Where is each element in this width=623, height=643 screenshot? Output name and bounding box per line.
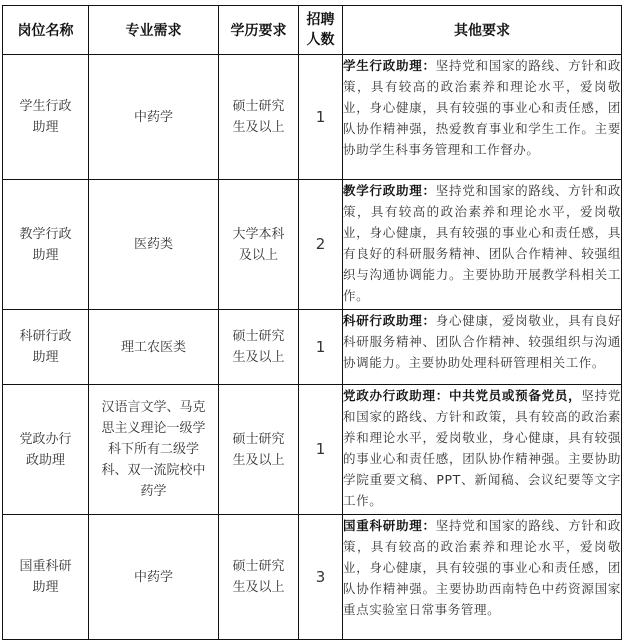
cell-count: 3: [299, 515, 343, 640]
table-row: 党政办行政助理 汉语言文学、马克思主义理论一级学科下所有二级学科、双一流院校中药…: [3, 385, 622, 515]
other-text: 坚持党和国家的路线、方针和政策，具有较高的政治素养和理论水平，爱岗敬业，身心健康…: [343, 388, 621, 508]
header-count: 招聘人数: [299, 6, 343, 55]
header-position: 岗位名称: [3, 6, 89, 55]
cell-other: 国重科研助理：坚持党和国家的路线、方针和政策，具有较高的政治素养和理论水平，爱岗…: [343, 515, 622, 640]
cell-other: 教学行政助理：坚持党和国家的路线、方针和政策，具有较高的政治素养和理论水平，爱岗…: [343, 180, 622, 310]
other-title: 学生行政助理：: [343, 58, 436, 73]
cell-count: 1: [299, 310, 343, 385]
cell-position: 学生行政助理: [3, 55, 89, 180]
cell-major: 理工农医类: [89, 310, 219, 385]
cell-education: 硕士研究生及以上: [219, 385, 299, 515]
cell-other: 学生行政助理：坚持党和国家的路线、方针和政策，具有较高的政治素养和理论水平，爱岗…: [343, 55, 622, 180]
cell-position: 党政办行政助理: [3, 385, 89, 515]
table-row: 国重科研助理 中药学 硕士研究生及以上 3 国重科研助理：坚持党和国家的路线、方…: [3, 515, 622, 640]
cell-count: 2: [299, 180, 343, 310]
cell-position: 国重科研助理: [3, 515, 89, 640]
cell-major: 中药学: [89, 55, 219, 180]
other-title: 党政办行政助理：中共党员或预备党员，: [343, 388, 581, 403]
table-row: 科研行政助理 理工农医类 硕士研究生及以上 1 科研行政助理：身心健康，爱岗敬业…: [3, 310, 622, 385]
cell-position: 科研行政助理: [3, 310, 89, 385]
cell-count: 1: [299, 385, 343, 515]
cell-other: 科研行政助理：身心健康，爱岗敬业，具有良好科研服务精神、团队合作精神、较强组织与…: [343, 310, 622, 385]
cell-major: 汉语言文学、马克思主义理论一级学科下所有二级学科、双一流院校中药学: [89, 385, 219, 515]
cell-count: 1: [299, 55, 343, 180]
header-row: 岗位名称 专业需求 学历要求 招聘人数 其他要求: [3, 6, 622, 55]
other-title: 国重科研助理：: [343, 518, 436, 533]
header-other: 其他要求: [343, 6, 622, 55]
cell-education: 大学本科及以上: [219, 180, 299, 310]
header-major: 专业需求: [89, 6, 219, 55]
other-title: 科研行政助理：: [343, 313, 436, 328]
other-text: 坚持党和国家的路线、方针和政策，具有较高的政治素养和理论水平，爱岗敬业，身心健康…: [343, 183, 621, 303]
header-education: 学历要求: [219, 6, 299, 55]
cell-other: 党政办行政助理：中共党员或预备党员，坚持党和国家的路线、方针和政策，具有较高的政…: [343, 385, 622, 515]
recruitment-table: 岗位名称 专业需求 学历要求 招聘人数 其他要求 学生行政助理 中药学 硕士研究…: [2, 5, 622, 640]
other-title: 教学行政助理：: [343, 183, 436, 198]
cell-education: 硕士研究生及以上: [219, 515, 299, 640]
cell-major: 医药类: [89, 180, 219, 310]
cell-education: 硕士研究生及以上: [219, 310, 299, 385]
cell-major: 中药学: [89, 515, 219, 640]
table-row: 学生行政助理 中药学 硕士研究生及以上 1 学生行政助理：坚持党和国家的路线、方…: [3, 55, 622, 180]
cell-education: 硕士研究生及以上: [219, 55, 299, 180]
cell-position: 教学行政助理: [3, 180, 89, 310]
table-row: 教学行政助理 医药类 大学本科及以上 2 教学行政助理：坚持党和国家的路线、方针…: [3, 180, 622, 310]
